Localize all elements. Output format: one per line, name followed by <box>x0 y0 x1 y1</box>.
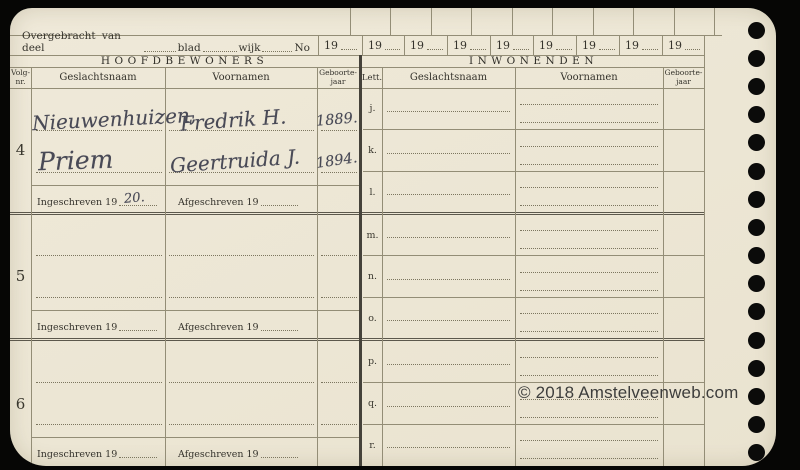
rule-line <box>552 8 553 35</box>
rule-line <box>390 8 391 35</box>
inwonenden-row: p. <box>363 341 704 383</box>
wijk-label: wijk <box>239 42 261 54</box>
dotted-blank <box>119 330 157 331</box>
rule-line <box>674 8 675 35</box>
center-divider-line <box>359 55 362 466</box>
rule-line <box>431 8 432 35</box>
inwonenden-row: l. <box>363 172 704 212</box>
geslachtsnaam-header-right: Geslachtsnaam <box>382 67 515 88</box>
dotted-line <box>520 417 658 418</box>
dotted-blank <box>203 51 237 52</box>
binder-hole <box>748 416 765 433</box>
year-cell: 19 <box>447 35 490 55</box>
dotted-line <box>169 297 314 298</box>
row-number: 6 <box>10 341 31 466</box>
dotted-blank <box>513 49 529 50</box>
year-cell: 19 <box>362 35 404 55</box>
dotted-line <box>387 320 510 321</box>
rule-line <box>593 8 594 35</box>
dotted-line <box>387 153 510 154</box>
dotted-line <box>520 205 658 206</box>
dotted-blank <box>261 457 298 458</box>
dotted-line <box>520 290 658 291</box>
dotted-blank <box>642 49 658 50</box>
letter-label: r. <box>363 425 382 466</box>
ingeschreven-label: Ingeschreven 19 <box>37 446 157 460</box>
binder-hole <box>748 388 765 405</box>
year-cell: 19 <box>619 35 662 55</box>
inwonenden-row: r. <box>363 425 704 466</box>
overgebracht-label: Overgebracht van deel <box>22 30 142 54</box>
rule-line <box>471 8 472 35</box>
binder-hole <box>748 275 765 292</box>
dotted-line <box>387 364 510 365</box>
dotted-blank <box>556 49 572 50</box>
dotted-blank <box>427 49 443 50</box>
dotted-blank <box>685 49 700 50</box>
dotted-line <box>387 237 510 238</box>
dotted-line <box>520 230 658 231</box>
year-cell: 19 <box>576 35 619 55</box>
dotted-line <box>36 382 162 383</box>
handwritten-surname: Priem <box>38 145 114 177</box>
rule-line <box>31 185 359 186</box>
copyright-watermark: © 2018 Amstelveenweb.com <box>518 383 739 403</box>
dotted-line <box>387 406 510 407</box>
binder-hole <box>748 163 765 180</box>
volgnr-header: Volg-nr. <box>10 67 31 88</box>
dotted-line <box>36 297 162 298</box>
afgeschreven-label: Afgeschreven 19 <box>178 446 298 460</box>
dotted-line <box>520 122 658 123</box>
inwonenden-row: n. <box>363 256 704 298</box>
letter-label: o. <box>363 298 382 338</box>
inwonenden-row: o. <box>363 298 704 338</box>
letter-label: n. <box>363 256 382 297</box>
afgeschreven-label: Afgeschreven 19 <box>178 319 298 333</box>
dotted-line <box>520 187 658 188</box>
binder-hole <box>748 360 765 377</box>
letter-label: j. <box>363 88 382 129</box>
dotted-line <box>520 146 658 147</box>
inwonenden-title: INWONENDEN <box>363 55 704 67</box>
geboortejaar-header-left: Geboorte-jaar <box>317 67 359 88</box>
inwonenden-row: k. <box>363 130 704 172</box>
year-cell: 19 <box>662 35 704 55</box>
dotted-blank <box>599 49 615 50</box>
dotted-blank <box>341 49 357 50</box>
binder-hole <box>748 247 765 264</box>
year-cell: 19 <box>404 35 447 55</box>
rule-line <box>512 8 513 35</box>
ingeschreven-label: Ingeschreven 19 <box>37 319 157 333</box>
handwritten-birthyear: 1889. <box>315 110 358 130</box>
dotted-line <box>169 255 314 256</box>
dotted-blank <box>262 51 292 52</box>
dotted-blank <box>261 205 298 206</box>
dotted-line <box>520 104 658 105</box>
dotted-line <box>520 248 658 249</box>
binder-hole <box>748 78 765 95</box>
dotted-blank <box>144 51 176 52</box>
rule-line <box>714 8 715 35</box>
year-cell: 19 <box>318 35 361 55</box>
dotted-line <box>321 424 357 425</box>
letter-label: p. <box>363 341 382 382</box>
letter-label: k. <box>363 130 382 171</box>
rule-line <box>31 437 359 438</box>
dotted-line <box>520 440 658 441</box>
inwonenden-row: m. <box>363 215 704 256</box>
rule-line <box>31 310 359 311</box>
dotted-line <box>520 458 658 459</box>
dotted-line <box>321 297 357 298</box>
year-cell: 19 <box>490 35 533 55</box>
lett-header: Lett. <box>362 67 382 88</box>
binder-hole <box>748 106 765 123</box>
binder-hole <box>748 134 765 151</box>
binder-hole <box>748 50 765 67</box>
dotted-line <box>169 424 314 425</box>
dotted-line <box>387 111 510 112</box>
voornamen-header-right: Voornamen <box>515 67 663 88</box>
scanned-register-page: Overgebracht van deel blad wijk No 19 19… <box>0 0 800 470</box>
population-register-card: Overgebracht van deel blad wijk No 19 19… <box>10 8 776 466</box>
blad-label: blad <box>178 42 201 54</box>
binder-hole <box>748 303 765 320</box>
dotted-line <box>321 382 357 383</box>
afgeschreven-label: Afgeschreven 19 <box>178 194 298 208</box>
inwonenden-row: j. <box>363 88 704 130</box>
dotted-line <box>169 382 314 383</box>
binder-hole <box>748 22 765 39</box>
dotted-blank <box>470 49 486 50</box>
letter-label: m. <box>363 215 382 255</box>
dotted-line <box>520 272 658 273</box>
binder-hole <box>748 191 765 208</box>
row-number: 4 <box>10 88 31 212</box>
handwritten-birthyear: 1894. <box>315 150 358 172</box>
binder-hole <box>748 332 765 349</box>
rule-line <box>350 8 351 35</box>
dotted-line <box>321 172 357 173</box>
dotted-line <box>36 255 162 256</box>
dotted-blank <box>385 49 400 50</box>
dotted-line <box>520 164 658 165</box>
no-label: No <box>294 42 310 54</box>
dotted-line <box>387 279 510 280</box>
rule-line <box>633 8 634 35</box>
geslachtsnaam-header-left: Geslachtsnaam <box>31 67 165 88</box>
dotted-line <box>520 331 658 332</box>
dotted-line <box>387 447 510 448</box>
geboortejaar-header-right: Geboorte-jaar <box>663 67 704 88</box>
dotted-line <box>387 194 510 195</box>
voornamen-header-left: Voornamen <box>165 67 317 88</box>
year-cell: 19 <box>533 35 576 55</box>
letter-label: l. <box>363 172 382 212</box>
dotted-line <box>520 313 658 314</box>
dotted-line <box>520 357 658 358</box>
binder-hole <box>748 219 765 236</box>
letter-label: q. <box>363 383 382 424</box>
dotted-line <box>321 130 357 131</box>
dotted-blank <box>261 330 298 331</box>
transfer-row: Overgebracht van deel blad wijk No <box>22 37 314 54</box>
dotted-blank <box>119 457 157 458</box>
dotted-line <box>36 424 162 425</box>
binder-hole <box>748 444 765 461</box>
dotted-line <box>520 375 658 376</box>
hoofdbewoners-title: HOOFDBEWONERS <box>10 55 359 67</box>
handwritten-year-entry: 20. <box>123 190 145 207</box>
row-number: 5 <box>10 213 31 338</box>
dotted-line <box>321 255 357 256</box>
